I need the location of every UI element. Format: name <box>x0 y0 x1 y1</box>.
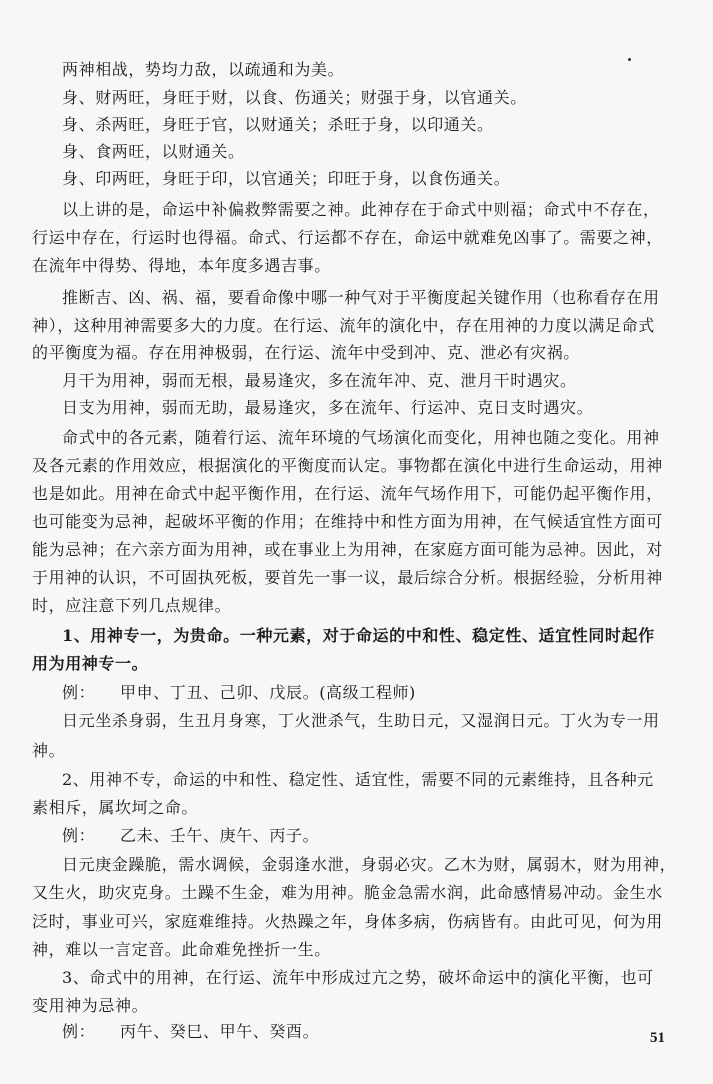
text-line: 也可能变为忌神，起破坏平衡的作用；在维持中和性方面为用神，在气候适宜性方面可 <box>32 512 682 532</box>
text-line: 两神相战，势均力敌，以疏通和为美。 <box>62 60 712 80</box>
text-line: 于用神的认识，不可固执死板，要首先一事一议，最后综合分析。根据经验，分析用神 <box>32 568 682 588</box>
example-text: 丙午、癸巳、甲午、癸酉。 <box>120 1022 319 1041</box>
book-page: 两神相战，势均力敌，以疏通和为美。 身、财两旺，身旺于财，以食、伤通关；财强于身… <box>0 0 713 1084</box>
text-line: 及各元素的作用效应，根据演化的平衡度而认定。事物都在演化中进行生命运动，用神 <box>32 456 682 476</box>
text-line: 的平衡度为福。存在用神极弱，在行运、流年中受到冲、克、泄必有灾祸。 <box>32 343 682 363</box>
example-text: 乙未、壬午、庚午、丙子。 <box>120 826 319 845</box>
rule-heading: 3、命式中的用神，在行运、流年中形成过亢之势，破坏命运中的演化平衡，也可 <box>62 968 712 988</box>
example-label: 例： <box>62 1022 120 1042</box>
rule-heading: 1、用神专一，为贵命。一种元素，对于命运的中和性、稳定性、适宜性同时起作 <box>62 626 712 646</box>
text-line: 时，应注意下列几点规律。 <box>32 596 682 616</box>
text-line: 神），这种用神需要多大的力度。在行运、流年的演化中，存在用神的力度以满足命式 <box>32 316 682 336</box>
example-text: 甲申、丁丑、己卯、戊辰。(高级工程师) <box>120 683 416 702</box>
text-line: 素相斥，属坎坷之命。 <box>32 798 682 818</box>
text-line: 也是如此。用神在命式中起平衡作用，在行运、流年气场作用下，可能仍起平衡作用， <box>32 484 682 504</box>
text-line: 变用神为忌神。 <box>32 996 682 1016</box>
text-line: 日元庚金躁脆，需水调候，金弱逢水泄，身弱必灾。乙木为财，属弱木，财为用神， <box>62 855 712 875</box>
text-line: 身、杀两旺，身旺于官，以财通关；杀旺于身，以印通关。 <box>62 115 712 135</box>
example-label: 例： <box>62 683 120 703</box>
text-line: 身、食两旺，以财通关。 <box>62 142 712 162</box>
scan-speck <box>628 58 631 61</box>
page-number: 51 <box>650 1030 665 1047</box>
text-line: 以上讲的是，命运中补偏救弊需要之神。此神存在于命式中则福；命式中不存在， <box>62 200 712 220</box>
text-line: 身、印两旺，身旺于印，以官通关；印旺于身，以食伤通关。 <box>62 169 712 189</box>
text-line: 能为忌神；在六亲方面为用神，或在事业上为用神，在家庭方面可能为忌神。因此，对 <box>32 540 682 560</box>
text-line: 神。 <box>32 741 682 761</box>
text-line: 身、财两旺，身旺于财，以食、伤通关；财强于身，以官通关。 <box>62 88 712 108</box>
text-line: 神，难以一言定音。此命难免挫折一生。 <box>32 940 682 960</box>
example-line: 例：乙未、壬午、庚午、丙子。 <box>62 826 712 846</box>
text-line: 在流年中得势、得地，本年度多遇吉事。 <box>32 256 682 276</box>
text-line: 用为用神专一。 <box>32 654 682 674</box>
example-line: 例：丙午、癸巳、甲午、癸酉。 <box>62 1022 712 1042</box>
example-line: 例：甲申、丁丑、己卯、戊辰。(高级工程师) <box>62 683 712 703</box>
text-line: 泛时，事业可兴，家庭难维持。火热躁之年，身体多病，伤病皆有。由此可见，何为用 <box>32 912 682 932</box>
text-line: 月干为用神，弱而无根，最易逢灾，多在流年冲、克、泄月干时遇灾。 <box>62 371 712 391</box>
text-line: 日元坐杀身弱，生丑月身寒，丁火泄杀气，生助日元，又湿润日元。丁火为专一用 <box>62 711 712 731</box>
example-label: 例： <box>62 826 120 846</box>
text-line: 又生火，助灾克身。土躁不生金，难为用神。脆金急需水润，此命感情易冲动。金生水 <box>32 883 682 903</box>
text-line: 推断吉、凶、祸、福，要看命像中哪一种气对于平衡度起关键作用（也称看存在用 <box>62 288 712 308</box>
rule-heading: 2、用神不专，命运的中和性、稳定性、适宜性，需要不同的元素维持，且各种元 <box>62 770 712 790</box>
text-line: 日支为用神，弱而无助，最易逢灾，多在流年、行运冲、克日支时遇灾。 <box>62 398 712 418</box>
text-line: 命式中的各元素，随着行运、流年环境的气场演化而变化，用神也随之变化。用神 <box>62 428 712 448</box>
text-line: 行运中存在，行运时也得福。命式、行运都不存在，命运中就难免凶事了。需要之神， <box>32 228 682 248</box>
